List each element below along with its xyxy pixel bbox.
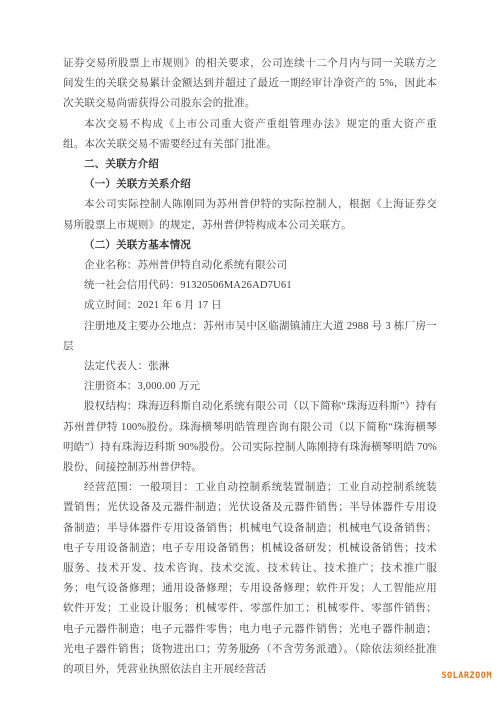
watermark-solarzoom: SOLARZOOM [441,671,492,681]
field-credit-code: 统一社会信用代码：91320506MA26AD7U61 [63,276,437,296]
para-listing-rules-requirement: 证券交易所股票上市规则》的相关要求，公司连续十二个月内与同一关联方之间发生的关联… [63,54,437,115]
para-relationship-description: 本公司实际控制人陈刚同为苏州普伊特的实际控制人，根据《上海证券交易所股票上市规则… [63,195,437,235]
heading-related-party-introduction: 二、关联方介绍 [63,155,437,175]
para-major-asset-restructuring: 本次交易不构成《上市公司重大资产重组管理办法》规定的重大资产重组。本次关联交易不… [63,115,437,155]
heading-basic-information: （二）关联方基本情况 [63,236,437,256]
para-equity-structure: 股权结构：珠海迈科斯自动化系统有限公司（以下简称“珠海迈科斯”）持有苏州普伊特 … [63,397,437,478]
document-page: 证券交易所股票上市规则》的相关要求，公司连续十二个月内与同一关联方之间发生的关联… [0,0,500,707]
field-legal-representative: 法定代表人：张淋 [63,357,437,377]
field-registered-capital: 注册资本：3,000.00 万元 [63,377,437,397]
field-company-name: 企业名称：苏州普伊特自动化系统有限公司 [63,256,437,276]
document-body: 证券交易所股票上市规则》的相关要求，公司连续十二个月内与同一关联方之间发生的关联… [63,54,437,680]
field-establishment-date: 成立时间：2021 年 6 月 17 日 [63,296,437,316]
page-number: 2 [0,645,500,656]
heading-relationship-introduction: （一）关联方关系介绍 [63,175,437,195]
field-registered-address: 注册地及主要办公地点：苏州市吴中区临湖镇浦庄大道 2988 号 3 栋厂房一层 [63,317,437,357]
